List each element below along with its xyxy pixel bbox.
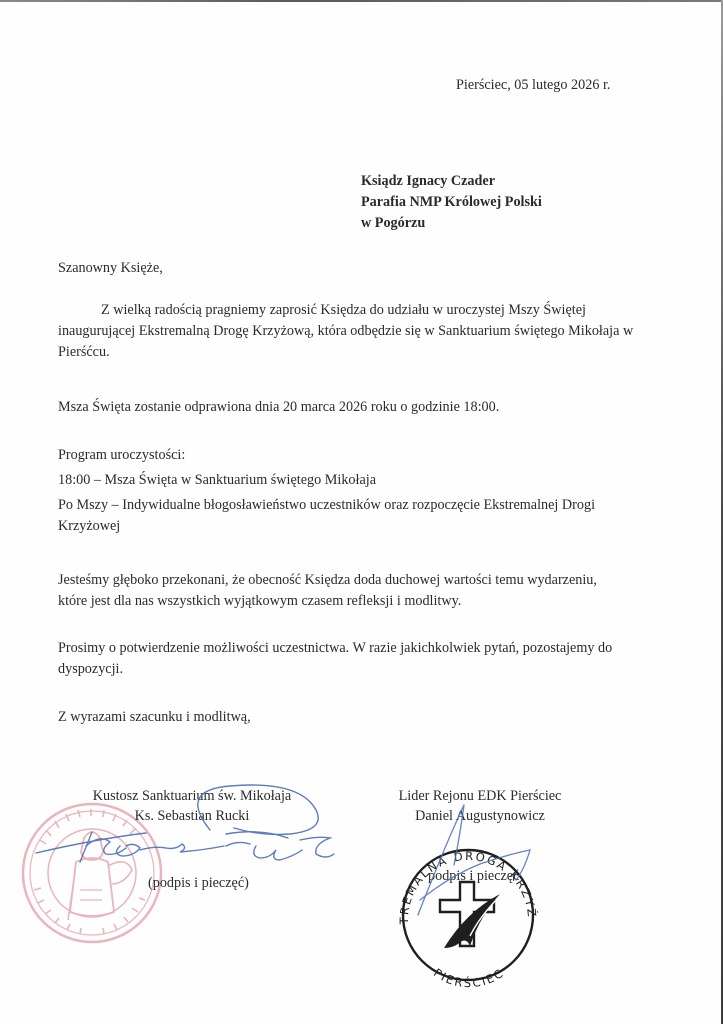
signature-right-block: Lider Rejonu EDK Pierściec Daniel August… [380, 786, 580, 826]
paragraph-conviction: Jesteśmy głęboko przekonani, że obecność… [58, 570, 628, 612]
svg-text:PIERŚCIEC: PIERŚCIEC [431, 965, 507, 990]
program-item: 18:00 – Msza Święta w Sanktuarium święte… [58, 470, 638, 491]
signature-right-title: Lider Rejonu EDK Pierściec [380, 786, 580, 806]
paragraph-invitation: Z wielką radością pragniemy zaprosić Ksi… [58, 300, 638, 363]
paragraph-mass-time: Msza Święta zostanie odprawiona dnia 20 … [58, 397, 638, 418]
place-date: Pierściec, 05 lutego 2026 r. [456, 76, 610, 95]
signature-left-title: Kustosz Sanktuarium św. Mikołaja [92, 786, 292, 806]
recipient-parish: Parafia NMP Królowej Polski [361, 192, 542, 213]
recipient-block: Ksiądz Ignacy Czader Parafia NMP Królowe… [361, 171, 542, 234]
paragraph-rsvp: Prosimy o potwierdzenie możliwości uczes… [58, 638, 628, 680]
signature-left-note: (podpis i pieczęć) [148, 874, 249, 893]
recipient-name: Ksiądz Ignacy Czader [361, 171, 542, 192]
closing: Z wyrazami szacunku i modlitwą, [58, 707, 638, 728]
program-item: Po Mszy – Indywidualne błogosławieństwo … [58, 495, 618, 537]
program-title: Program uroczystości: [58, 445, 638, 466]
signature-left-name: Ks. Sebastian Rucki [92, 806, 292, 826]
recipient-location: w Pogórzu [361, 213, 542, 234]
signature-right-name: Daniel Augustynowicz [380, 806, 580, 826]
signature-left-block: Kustosz Sanktuarium św. Mikołaja Ks. Seb… [92, 786, 292, 826]
salutation: Szanowny Księże, [58, 259, 163, 278]
signature-right-note: podpis i pieczęć [428, 867, 519, 886]
letter-page: Pierściec, 05 lutego 2026 r. Ksiądz Igna… [0, 0, 723, 1024]
scan-edge-top [0, 0, 723, 2]
